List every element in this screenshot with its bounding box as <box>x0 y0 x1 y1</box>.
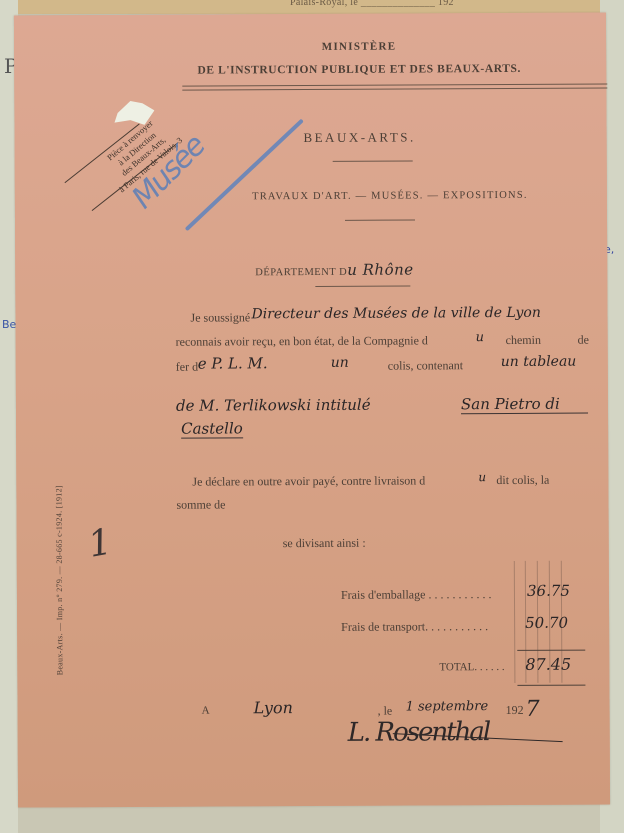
total-label: TOTAL. . . . . . <box>439 661 504 673</box>
header-double-rule <box>182 83 607 90</box>
declaration-print-3b: colis, contenant <box>388 358 463 373</box>
ministry-title-line2: DE L'INSTRUCTION PUBLIQUE ET DES BEAUX-A… <box>179 63 539 77</box>
declaration-hand-3b: un <box>331 355 349 371</box>
divided-label: se divisant ainsi : <box>283 536 366 551</box>
total-value: 87.45 <box>525 655 571 674</box>
subtitle-rule <box>345 219 415 220</box>
declaration-hand-2: u <box>476 330 484 345</box>
railway-company: e P. L. M. <box>198 354 268 372</box>
receipt-form: MINISTÈRE DE L'INSTRUCTION PUBLIQUE ET D… <box>14 12 610 807</box>
artist-line: de M. Terlikowski intitulé <box>176 396 371 415</box>
sum-rule <box>517 650 585 651</box>
department-handwritten: u Rhône <box>347 260 414 278</box>
ministry-title-line1: MINISTÈRE <box>179 40 539 54</box>
declaration-hand-3c: un tableau <box>501 354 577 370</box>
margin-handwritten-mark: 1 <box>85 521 115 565</box>
department-rule <box>315 285 410 286</box>
column-line <box>514 561 516 683</box>
place-label: A <box>202 705 210 717</box>
artwork-title-2: Castello <box>181 419 243 438</box>
underlying-page-text: Palais-Royal, le ______________ 192 <box>290 0 454 8</box>
department-label: DÉPARTEMENT D <box>255 267 347 278</box>
payment-print-1b: dit colis, la <box>496 473 549 488</box>
payment-hand-1: u <box>478 470 486 484</box>
packing-fee-value: 36.75 <box>527 582 570 600</box>
payment-print-1: Je déclare en outre avoir payé, contre l… <box>192 473 425 489</box>
declaration-print-2c: de <box>578 333 589 348</box>
declaration-print-3: fer d <box>176 360 198 375</box>
date-handwritten: 1 septembre <box>406 699 489 714</box>
underlying-fragment-left: Be <box>2 318 16 331</box>
packing-fee-label: Frais d'emballage . . . . . . . . . . . <box>341 587 492 603</box>
declaration-print-2: reconnais avoir reçu, en bon état, de la… <box>176 333 428 349</box>
declaration-print-1: Je soussigné <box>190 310 250 325</box>
payment-print-2: somme de <box>176 497 225 512</box>
place-handwritten: Lyon <box>254 698 293 717</box>
section-subtitle: TRAVAUX D'ART. — MUSÉES. — EXPOSITIONS. <box>210 190 570 203</box>
date-label: , le <box>378 704 393 719</box>
signature: L. Rosenthal <box>348 717 490 748</box>
section-rule <box>333 160 413 161</box>
section-title: BEAUX-ARTS. <box>235 129 485 146</box>
year-print: 192 <box>506 703 524 718</box>
declaration-hand-1: Directeur des Musées de la ville de Lyon <box>251 305 540 323</box>
total-rule <box>517 685 585 686</box>
artwork-title-1: San Pietro di <box>461 395 588 415</box>
year-handwritten: 7 <box>526 697 540 722</box>
transport-fee-value: 50.70 <box>525 614 568 632</box>
printer-imprint: Beaux-Arts. — Imp. n° 279. — 28-665 c-19… <box>54 485 64 675</box>
declaration-print-2b: chemin <box>506 333 541 348</box>
department-row: DÉPARTEMENT Du Rhône <box>255 260 413 279</box>
transport-fee-label: Frais de transport. . . . . . . . . . . <box>341 619 488 635</box>
